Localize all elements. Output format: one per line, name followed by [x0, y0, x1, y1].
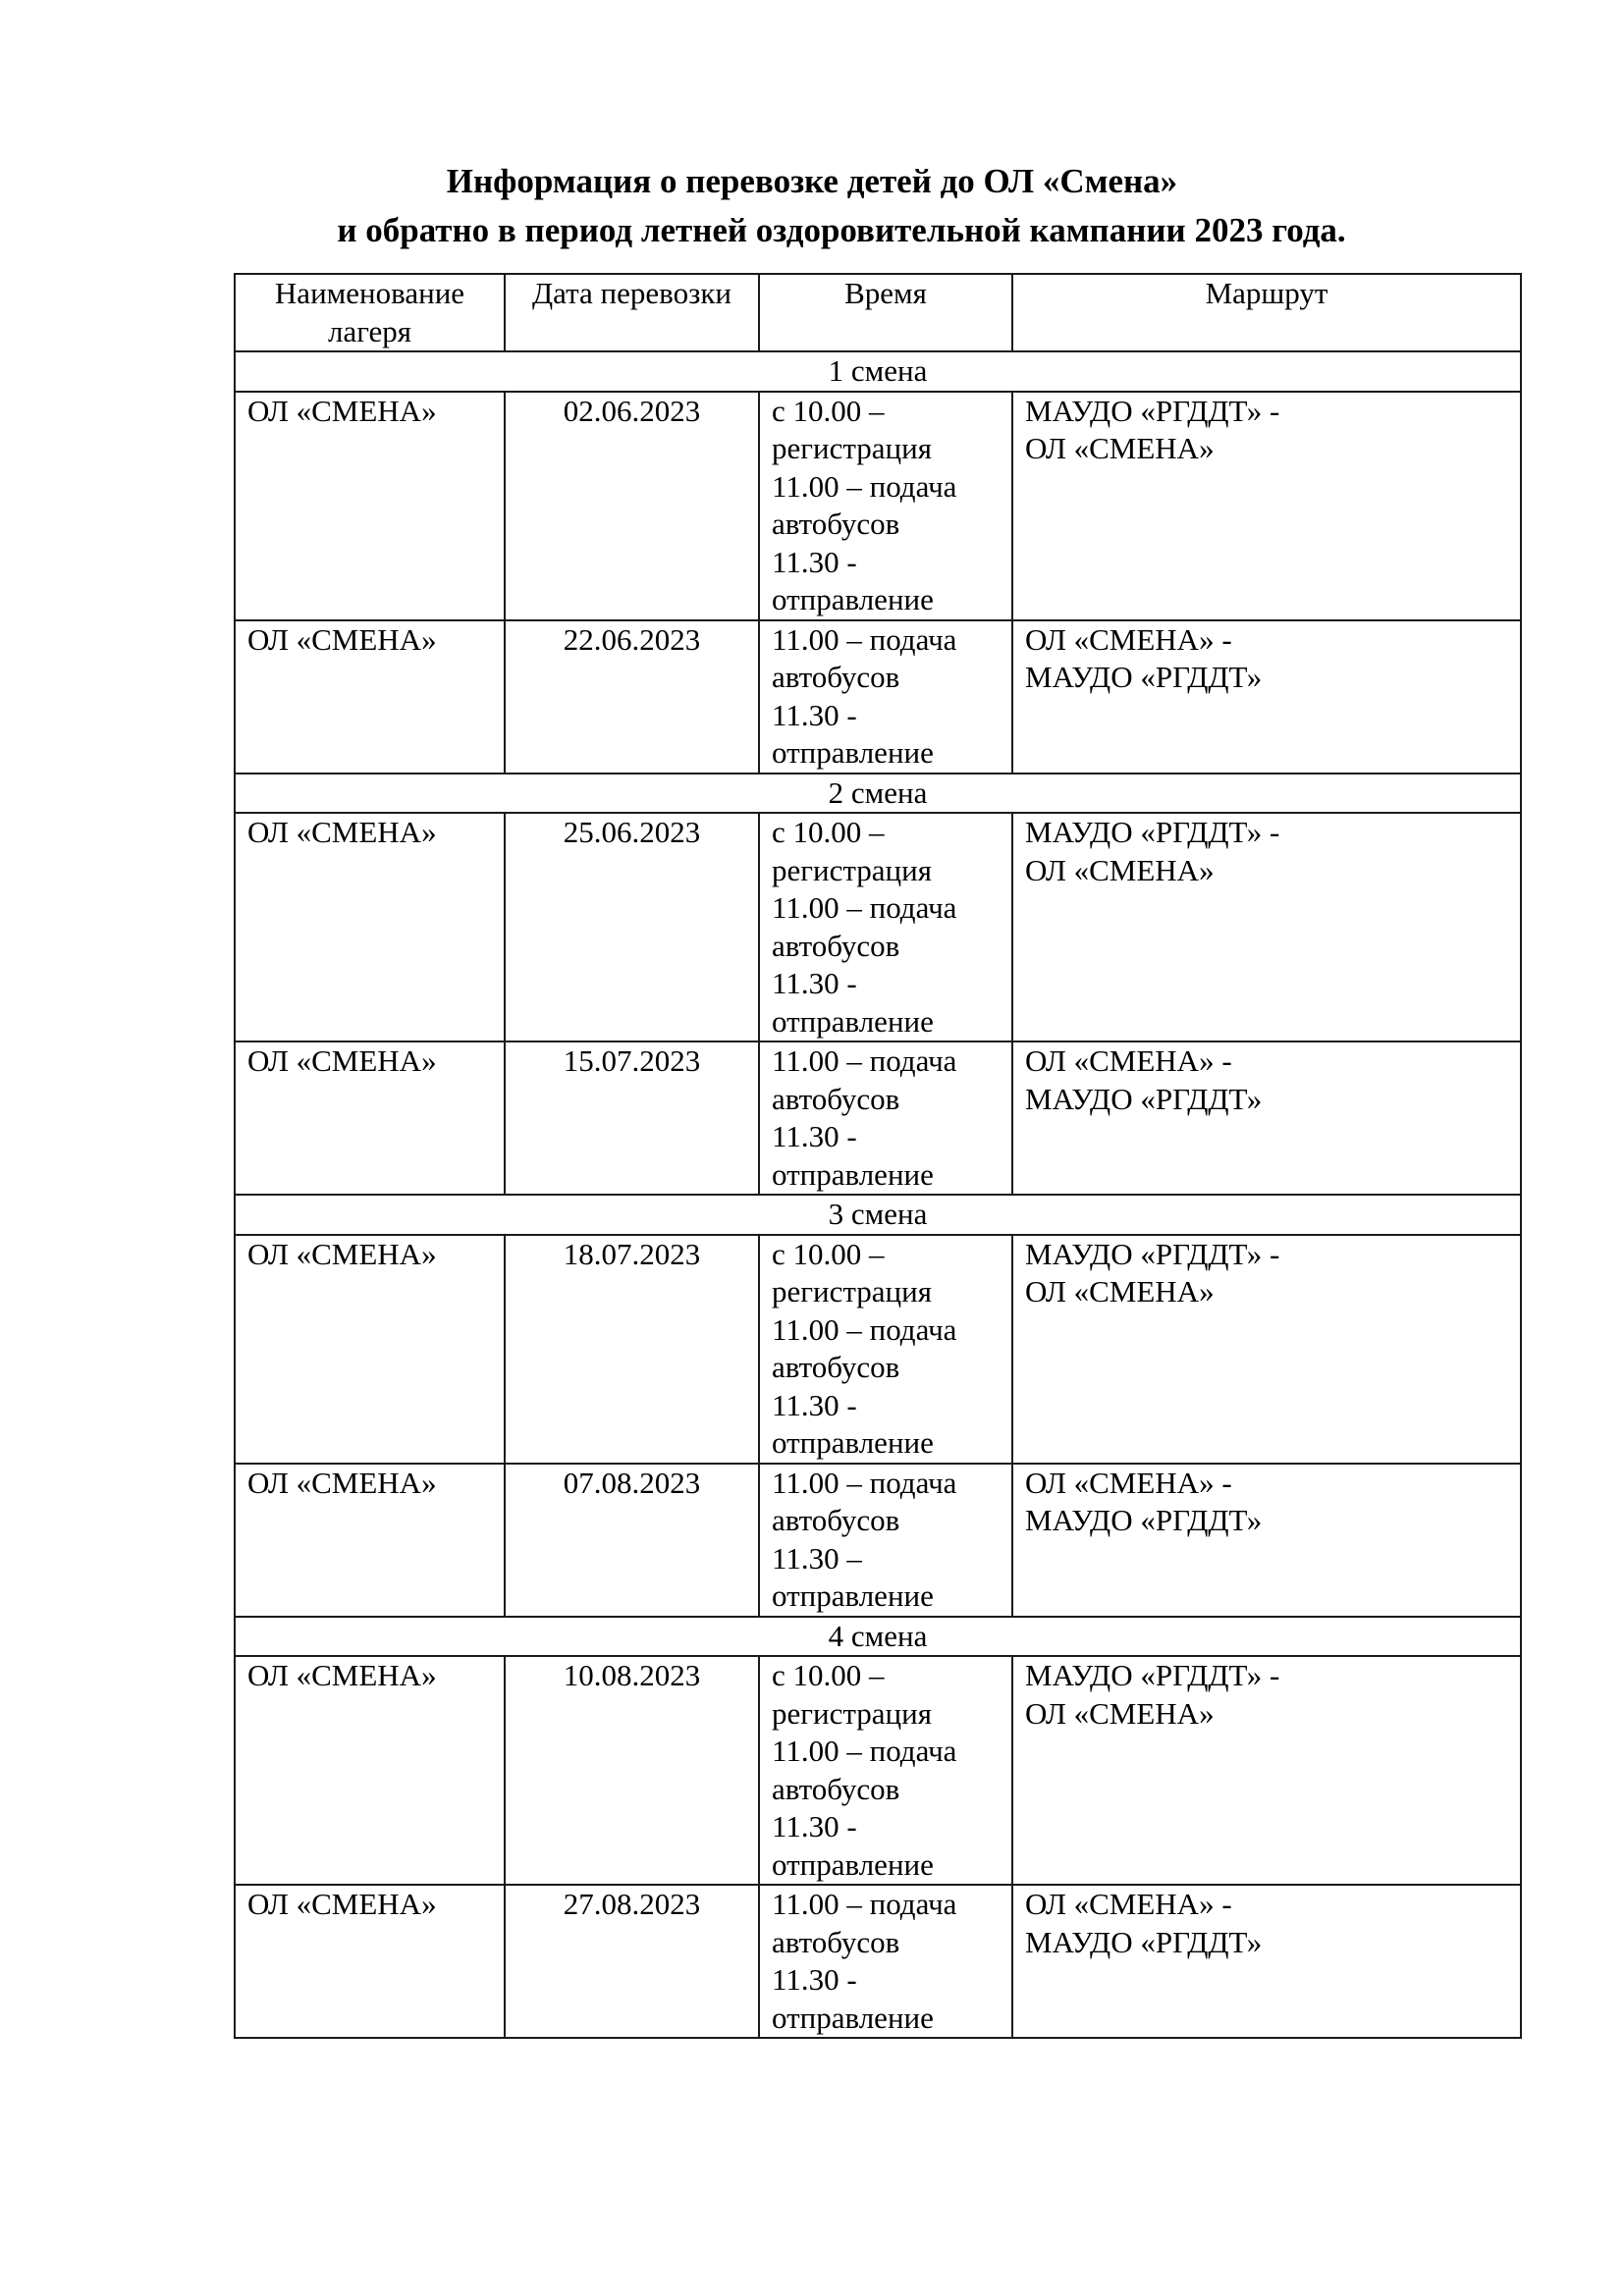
- date-cell: 18.07.2023: [505, 1235, 759, 1464]
- time-line: с 10.00 –: [772, 1657, 1000, 1695]
- header-route: Маршрут: [1012, 274, 1521, 351]
- time-line: отправление: [772, 734, 1000, 773]
- table-row: ОЛ «СМЕНА»18.07.2023с 10.00 –регистрация…: [235, 1235, 1521, 1464]
- route-line: МАУДО «РГДДТ» -: [1025, 1657, 1508, 1695]
- title-line-2: и обратно в период летней оздоровительно…: [0, 206, 1624, 255]
- camp-name-cell: ОЛ «СМЕНА»: [235, 1885, 505, 2038]
- date-cell: 07.08.2023: [505, 1464, 759, 1617]
- time-line: автобусов: [772, 1502, 1000, 1540]
- time-line: с 10.00 –: [772, 814, 1000, 852]
- time-cell: 11.00 – подачаавтобусов11.30 -отправлени…: [759, 1885, 1012, 2038]
- time-line: отправление: [772, 1156, 1000, 1195]
- header-camp-name: Наименование лагеря: [235, 274, 505, 351]
- table-row: ОЛ «СМЕНА»10.08.2023с 10.00 –регистрация…: [235, 1656, 1521, 1885]
- shift-label: 4 смена: [235, 1617, 1521, 1657]
- time-line: 11.30 -: [772, 1118, 1000, 1156]
- route-cell: ОЛ «СМЕНА» -МАУДО «РГДДТ»: [1012, 620, 1521, 774]
- time-cell: с 10.00 –регистрация11.00 – подачаавтобу…: [759, 1656, 1012, 1885]
- time-line: 11.00 – подача: [772, 1465, 1000, 1503]
- time-line: автобусов: [772, 506, 1000, 544]
- route-line: МАУДО «РГДДТ» -: [1025, 814, 1508, 852]
- route-line: МАУДО «РГДДТ»: [1025, 659, 1508, 697]
- time-line: 11.00 – подача: [772, 1042, 1000, 1081]
- route-line: ОЛ «СМЕНА» -: [1025, 1465, 1508, 1503]
- camp-name-cell: ОЛ «СМЕНА»: [235, 1041, 505, 1195]
- time-line: регистрация: [772, 852, 1000, 890]
- date-cell: 15.07.2023: [505, 1041, 759, 1195]
- table-body: 1 сменаОЛ «СМЕНА»02.06.2023с 10.00 –реги…: [235, 351, 1521, 2038]
- time-line: автобусов: [772, 1349, 1000, 1387]
- time-cell: 11.00 – подачаавтобусов11.30 –отправлени…: [759, 1464, 1012, 1617]
- time-line: 11.00 – подача: [772, 1733, 1000, 1771]
- time-line: отправление: [772, 1577, 1000, 1616]
- route-line: МАУДО «РГДДТ»: [1025, 1502, 1508, 1540]
- camp-name-cell: ОЛ «СМЕНА»: [235, 1464, 505, 1617]
- time-line: отправление: [772, 581, 1000, 619]
- route-line: ОЛ «СМЕНА»: [1025, 1695, 1508, 1734]
- time-line: автобусов: [772, 659, 1000, 697]
- time-line: отправление: [772, 1846, 1000, 1885]
- time-line: автобусов: [772, 1081, 1000, 1119]
- time-line: с 10.00 –: [772, 1236, 1000, 1274]
- table-row: ОЛ «СМЕНА»22.06.202311.00 – подачаавтобу…: [235, 620, 1521, 774]
- shift-header-row: 4 смена: [235, 1617, 1521, 1657]
- title-line-1: Информация о перевозке детей до ОЛ «Смен…: [0, 157, 1624, 206]
- camp-name-cell: ОЛ «СМЕНА»: [235, 813, 505, 1041]
- shift-header-row: 1 смена: [235, 351, 1521, 392]
- time-line: с 10.00 –: [772, 393, 1000, 431]
- time-line: 11.30 –: [772, 1540, 1000, 1578]
- route-cell: ОЛ «СМЕНА» -МАУДО «РГДДТ»: [1012, 1885, 1521, 2038]
- route-line: ОЛ «СМЕНА» -: [1025, 1042, 1508, 1081]
- time-line: 11.00 – подача: [772, 621, 1000, 660]
- time-line: автобусов: [772, 1924, 1000, 1962]
- route-line: МАУДО «РГДДТ» -: [1025, 1236, 1508, 1274]
- table-row: ОЛ «СМЕНА»27.08.202311.00 – подачаавтобу…: [235, 1885, 1521, 2038]
- route-cell: МАУДО «РГДДТ» -ОЛ «СМЕНА»: [1012, 1656, 1521, 1885]
- route-cell: МАУДО «РГДДТ» -ОЛ «СМЕНА»: [1012, 813, 1521, 1041]
- time-cell: 11.00 – подачаавтобусов11.30 -отправлени…: [759, 1041, 1012, 1195]
- camp-name-cell: ОЛ «СМЕНА»: [235, 1656, 505, 1885]
- route-cell: МАУДО «РГДДТ» -ОЛ «СМЕНА»: [1012, 392, 1521, 620]
- route-line: ОЛ «СМЕНА» -: [1025, 621, 1508, 660]
- route-line: ОЛ «СМЕНА»: [1025, 1273, 1508, 1311]
- time-line: регистрация: [772, 430, 1000, 468]
- date-cell: 22.06.2023: [505, 620, 759, 774]
- time-line: 11.30 -: [772, 1387, 1000, 1425]
- shift-label: 1 смена: [235, 351, 1521, 392]
- date-cell: 02.06.2023: [505, 392, 759, 620]
- document-title: Информация о перевозке детей до ОЛ «Смен…: [0, 157, 1624, 255]
- route-line: МАУДО «РГДДТ»: [1025, 1924, 1508, 1962]
- route-line: ОЛ «СМЕНА» -: [1025, 1886, 1508, 1924]
- time-line: 11.00 – подача: [772, 1886, 1000, 1924]
- time-line: отправление: [772, 2000, 1000, 2038]
- time-cell: с 10.00 –регистрация11.00 – подачаавтобу…: [759, 813, 1012, 1041]
- transport-schedule-table: Наименование лагеря Дата перевозки Время…: [234, 273, 1522, 2039]
- camp-name-cell: ОЛ «СМЕНА»: [235, 620, 505, 774]
- shift-label: 2 смена: [235, 774, 1521, 814]
- time-line: 11.00 – подача: [772, 889, 1000, 928]
- time-line: регистрация: [772, 1695, 1000, 1734]
- time-line: отправление: [772, 1424, 1000, 1463]
- route-cell: МАУДО «РГДДТ» -ОЛ «СМЕНА»: [1012, 1235, 1521, 1464]
- camp-name-cell: ОЛ «СМЕНА»: [235, 392, 505, 620]
- date-cell: 10.08.2023: [505, 1656, 759, 1885]
- shift-header-row: 2 смена: [235, 774, 1521, 814]
- route-line: МАУДО «РГДДТ» -: [1025, 393, 1508, 431]
- time-line: отправление: [772, 1003, 1000, 1041]
- time-cell: с 10.00 –регистрация11.00 – подачаавтобу…: [759, 392, 1012, 620]
- route-line: ОЛ «СМЕНА»: [1025, 852, 1508, 890]
- time-line: 11.30 -: [772, 1808, 1000, 1846]
- shift-label: 3 смена: [235, 1195, 1521, 1235]
- time-line: 11.00 – подача: [772, 1311, 1000, 1350]
- route-line: МАУДО «РГДДТ»: [1025, 1081, 1508, 1119]
- shift-header-row: 3 смена: [235, 1195, 1521, 1235]
- table-row: ОЛ «СМЕНА»25.06.2023с 10.00 –регистрация…: [235, 813, 1521, 1041]
- time-line: 11.30 -: [772, 697, 1000, 735]
- date-cell: 27.08.2023: [505, 1885, 759, 2038]
- time-line: автобусов: [772, 928, 1000, 966]
- camp-name-cell: ОЛ «СМЕНА»: [235, 1235, 505, 1464]
- time-cell: 11.00 – подачаавтобусов11.30 -отправлени…: [759, 620, 1012, 774]
- time-line: 11.30 -: [772, 544, 1000, 582]
- header-time: Время: [759, 274, 1012, 351]
- time-cell: с 10.00 –регистрация11.00 – подачаавтобу…: [759, 1235, 1012, 1464]
- time-line: 11.30 -: [772, 1961, 1000, 2000]
- route-line: ОЛ «СМЕНА»: [1025, 430, 1508, 468]
- route-cell: ОЛ «СМЕНА» -МАУДО «РГДДТ»: [1012, 1041, 1521, 1195]
- table-row: ОЛ «СМЕНА»07.08.202311.00 – подачаавтобу…: [235, 1464, 1521, 1617]
- time-line: 11.30 -: [772, 965, 1000, 1003]
- table-row: ОЛ «СМЕНА»02.06.2023с 10.00 –регистрация…: [235, 392, 1521, 620]
- table-row: ОЛ «СМЕНА»15.07.202311.00 – подачаавтобу…: [235, 1041, 1521, 1195]
- route-cell: ОЛ «СМЕНА» -МАУДО «РГДДТ»: [1012, 1464, 1521, 1617]
- time-line: 11.00 – подача: [772, 468, 1000, 507]
- header-date: Дата перевозки: [505, 274, 759, 351]
- date-cell: 25.06.2023: [505, 813, 759, 1041]
- time-line: автобусов: [772, 1771, 1000, 1809]
- table-header-row: Наименование лагеря Дата перевозки Время…: [235, 274, 1521, 351]
- time-line: регистрация: [772, 1273, 1000, 1311]
